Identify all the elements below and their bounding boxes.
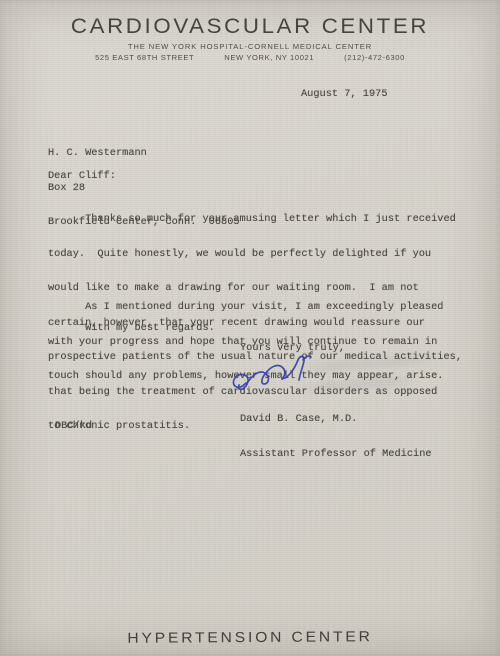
letterhead-street: 525 EAST 68TH STREET <box>95 53 194 62</box>
typist-initials: DBC/kd <box>55 421 92 433</box>
date-line: August 7, 1975 <box>301 89 388 101</box>
paragraph-1-line: Thanks so much for your amusing letter w… <box>48 214 462 226</box>
letter-page: CARDIOVASCULAR CENTER THE NEW YORK HOSPI… <box>0 0 500 656</box>
letterhead-subtitle: THE NEW YORK HOSPITAL-CORNELL MEDICAL CE… <box>0 42 500 51</box>
signer-title: Assistant Professor of Medicine <box>240 449 432 461</box>
salutation: Dear Cliff: <box>48 171 116 183</box>
letterhead: CARDIOVASCULAR CENTER THE NEW YORK HOSPI… <box>0 15 500 62</box>
letterhead-address-line: 525 EAST 68TH STREET NEW YORK, NY 10021 … <box>0 53 500 62</box>
paragraph-1-line: today. Quite honestly, we would be perfe… <box>48 249 462 261</box>
paragraph-2-line: As I mentioned during your visit, I am e… <box>48 302 443 314</box>
letterhead-city: NEW YORK, NY 10021 <box>224 53 314 62</box>
signer-name: David B. Case, M.D. <box>240 414 432 426</box>
regards-line: With my best regards. <box>48 323 215 335</box>
recipient-name: H. C. Westermann <box>48 148 240 160</box>
footer-title: HYPERTENSION CENTER <box>0 628 500 647</box>
letterhead-phone: (212)-472-6300 <box>344 53 405 62</box>
letterhead-title: CARDIOVASCULAR CENTER <box>0 15 500 39</box>
signature-block: David B. Case, M.D. Assistant Professor … <box>240 391 432 483</box>
